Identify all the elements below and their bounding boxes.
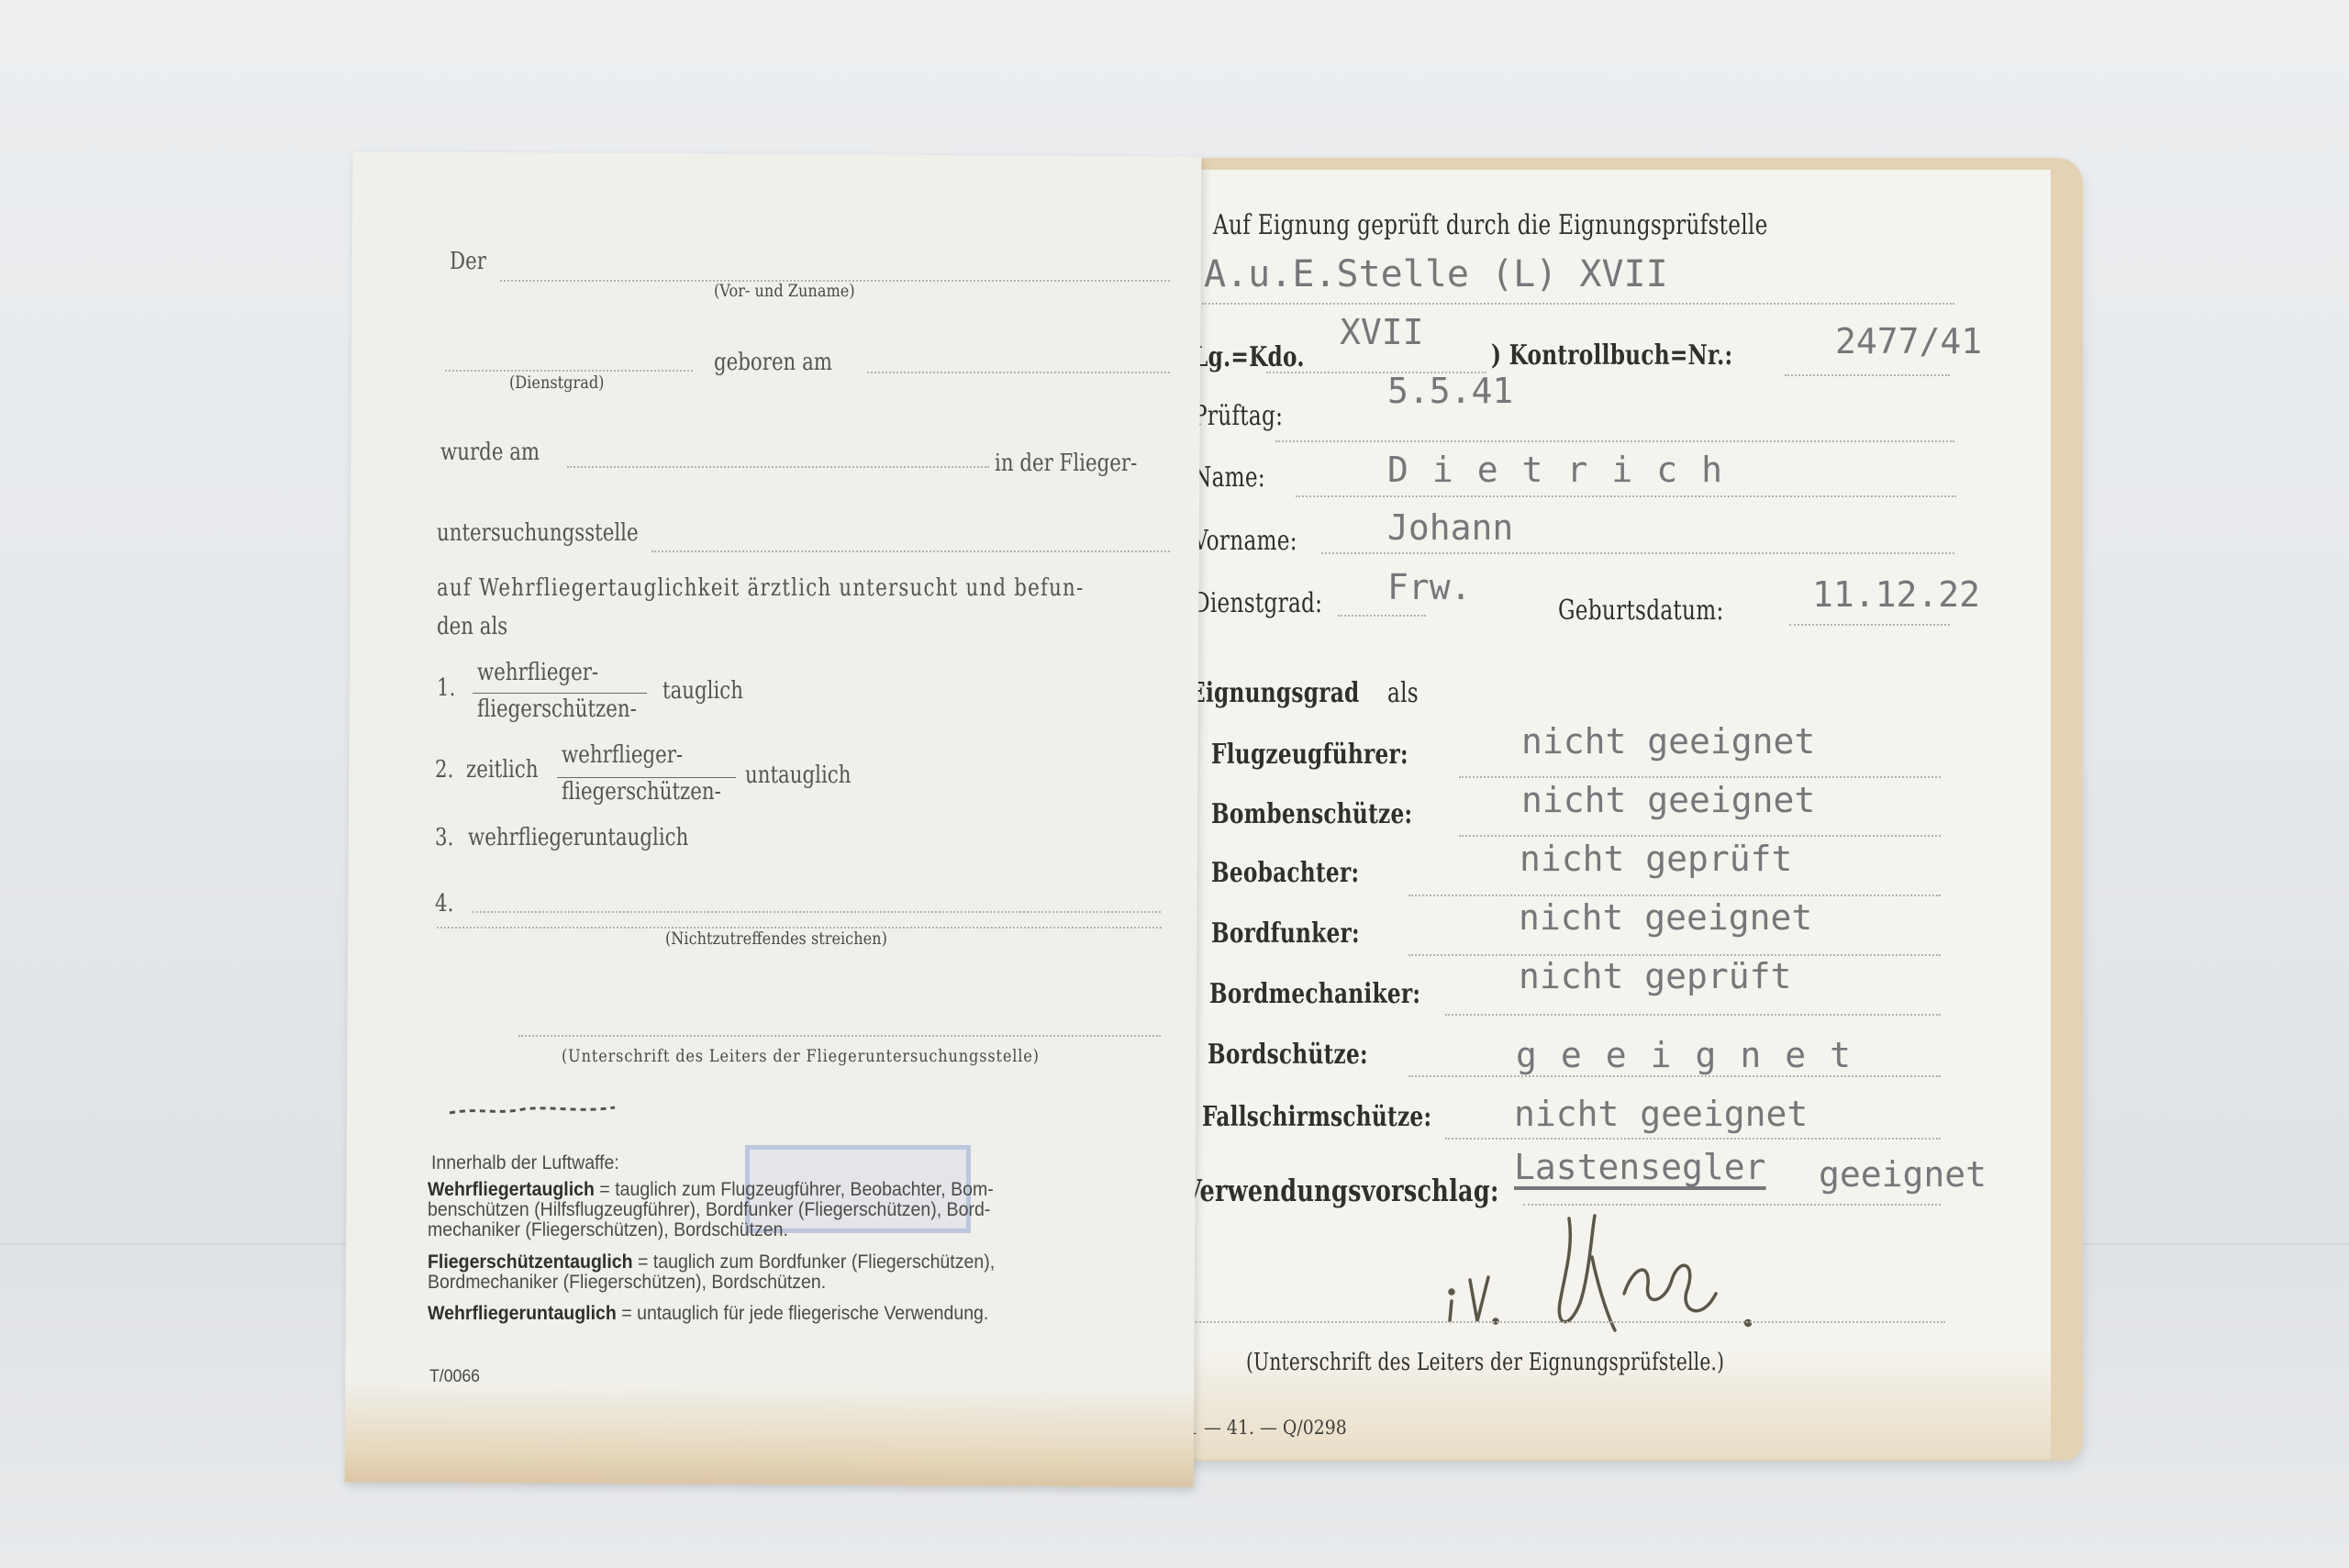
verwendung-value-rest: geeignet [1819,1154,1987,1195]
stelle-line [1202,303,1954,305]
option-2-top: wehrflieger- [562,741,683,769]
befund-line-1: auf Wehrfliegertauglichkeit ärztlich unt… [437,574,1084,602]
signature-line-right [1193,1321,1945,1323]
in-der-flieger: in der Flieger- [995,450,1137,477]
rating-label: Bombenschütze: [1211,798,1412,830]
dienstgrad-label: Dienstgrad: [1193,587,1322,619]
eignungsgrad-label: Eignungsgrad [1189,677,1359,709]
footnote-def-line: benschützen (Hilfsflugzeugführer), Bordf… [428,1199,990,1221]
stelle-value: A.u.E.Stelle (L) XVII [1204,253,1668,295]
water-stain [345,1381,1195,1487]
name-label: Name: [1193,462,1265,494]
rating-line [1408,1075,1941,1077]
option-1-top: wehrflieger- [477,659,598,686]
geboren-line [867,372,1170,373]
eignungsgrad-suffix: als [1387,677,1419,709]
option-2-suffix: untauglich [745,762,851,789]
vorname-label: Vorname: [1193,525,1297,557]
verwendung-value-underlined: Lastensegler [1514,1147,1766,1187]
name-hint: (Vor- und Zuname) [714,281,855,301]
ink-marks [440,1087,661,1124]
footnote-term: Fliegerschützentauglich [428,1251,633,1273]
kontrollbuch-label: ) Kontrollbuch=Nr.: [1491,339,1732,372]
signature-right [1431,1193,1780,1349]
kontrollbuch-line [1785,374,1950,376]
rating-label: Beobachter: [1211,857,1359,889]
rating-line [1408,895,1941,896]
rating-value: nicht geeignet [1514,1094,1808,1134]
option-3-num: 3. [435,824,453,851]
heading: Auf Eignung geprüft durch die Eignungspr… [1213,209,1768,241]
option-2-prefix: zeitlich [466,756,539,784]
signature-hint-left: (Unterschrift des Leiters der Fliegerunt… [562,1046,1040,1066]
geburtsdatum-value: 11.12.22 [1812,574,1980,615]
footnote-wehrfliegeruntauglich: Wehrfliegeruntauglich = untauglich für j… [428,1303,988,1325]
name-line [1296,495,1956,497]
footnote-fliegerschuetzentauglich: Fliegerschützentauglich = tauglich zum B… [428,1251,995,1273]
rating-line [1459,776,1941,778]
form-code: T/0066 [429,1367,480,1387]
wurde-am-line [567,466,989,468]
dienstgrad-line [1338,615,1426,617]
untersuchungsstelle-label: untersuchungsstelle [437,519,639,547]
footnote-intro: Innerhalb der Luftwaffe: [431,1152,619,1174]
kontrollbuch-value: 2477/41 [1835,321,1982,361]
name-value: Dietrich [1387,450,1746,490]
option-1-bottom: fliegerschützen- [477,695,637,723]
rating-value: nicht geeignet [1519,897,1812,938]
prueftag-line [1275,440,1954,442]
rating-value: nicht geeignet [1521,721,1815,762]
footnote-def: = tauglich zum Flugzeugführer, Beobachte… [599,1179,993,1200]
print-code: 91 — 41. — Q/0298 [1176,1417,1347,1439]
rating-label: Bordschütze: [1208,1039,1368,1071]
option-1-num: 1. [437,674,455,702]
geboren-label: geboren am [714,349,832,376]
footnote-term: Wehrfliegeruntauglich [428,1303,617,1324]
lgkdo-label: Lg.=Kdo. [1193,341,1305,373]
option-2-num: 2. [435,756,453,784]
prueftag-value: 5.5.41 [1387,371,1513,411]
signature-hint-right: (Unterschrift des Leiters der Eignungspr… [1246,1349,1724,1376]
untersuchungsstelle-line [651,550,1170,552]
footnote-def: = tauglich zum Bordfunker (Fliegerschütz… [638,1251,995,1273]
rating-value: nicht geprüft [1520,839,1792,879]
rating-label: Fallschirmschütze: [1202,1101,1431,1133]
dienstgrad-value: Frw. [1387,567,1472,607]
rating-value: nicht geeignet [1521,780,1815,820]
footnote-def-line: Bordmechaniker (Fliegerschützen), Bordsc… [428,1272,826,1294]
option-1-suffix: tauglich [662,677,743,705]
footnote-wehrfliegertauglich: Wehrfliegertauglich = tauglich zum Flugz… [428,1179,994,1201]
signature-line-left [518,1035,1161,1037]
option-4-line [473,911,1161,913]
option-3-text: wehrfliegeruntauglich [468,824,688,851]
vorname-value: Johann [1387,507,1513,548]
option-2-bottom: fliegerschützen- [562,778,721,806]
rating-label: Bordfunker: [1211,917,1360,950]
footnote-def-line: mechaniker (Fliegerschützen), Bordschütz… [428,1219,788,1241]
rating-value: nicht geprüft [1519,956,1791,996]
rating-label: Bordmechaniker: [1209,978,1420,1010]
geburtsdatum-label: Geburtsdatum: [1558,595,1724,627]
befund-line-2: den als [437,613,507,640]
vorname-line [1321,552,1954,554]
strike-hint: (Nichtzutreffendes streichen) [665,929,887,949]
rating-line [1445,1138,1941,1140]
der-label: Der [450,248,486,275]
rating-line [1459,835,1941,837]
footnote-def: = untauglich für jede fliegerische Verwe… [621,1303,988,1324]
rating-line [1445,1014,1941,1016]
prueftag-label: Prüftag: [1193,400,1283,432]
geburtsdatum-line [1789,624,1950,626]
dienstgrad-hint: (Dienstgrad) [509,373,604,393]
lgkdo-value: XVII [1340,312,1424,352]
wurde-am-label: wurde am [440,439,540,466]
fraction-line [473,693,647,694]
rating-value: geeignet [1516,1035,1875,1075]
rating-label: Flugzeugführer: [1211,739,1408,771]
dienstgrad-line [445,370,693,372]
option-4-num: 4. [435,890,453,917]
footnote-term: Wehrfliegertauglich [428,1179,595,1200]
